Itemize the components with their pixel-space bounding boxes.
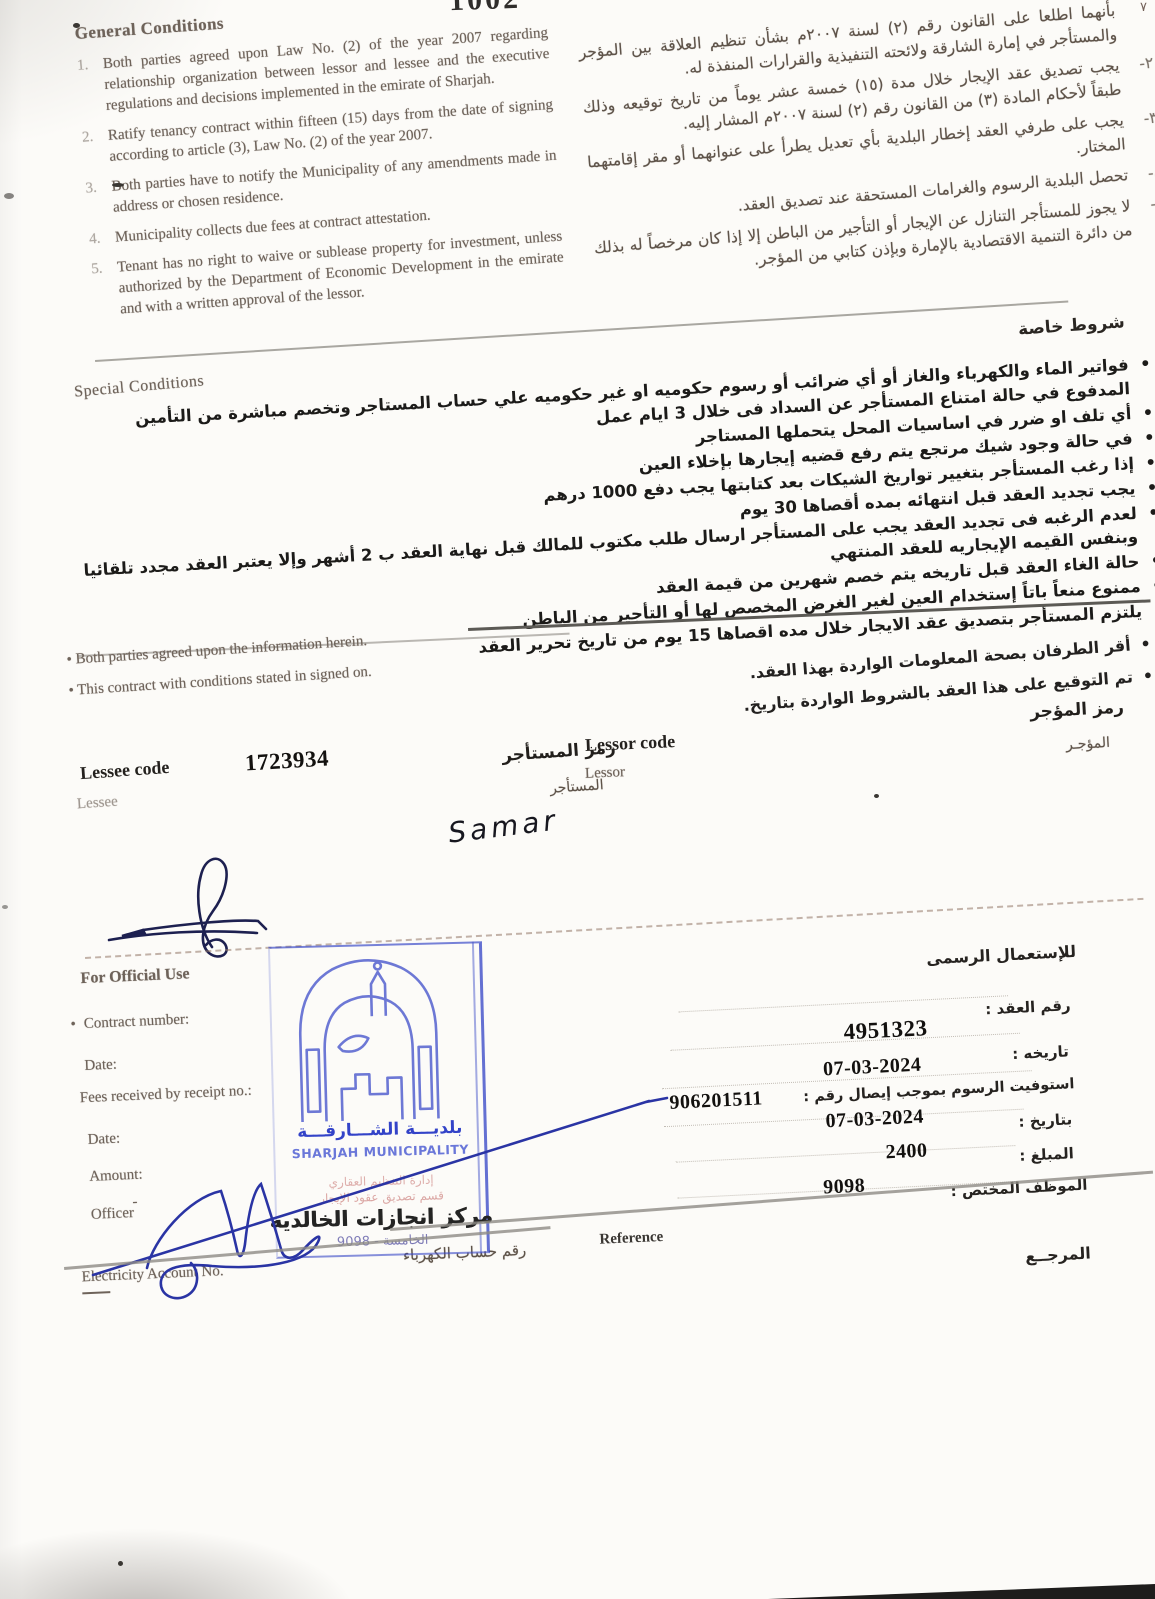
bullet-icon (1140, 352, 1153, 400)
item-number: 3. (85, 177, 104, 220)
official-use-right-column: للإستعمال الرسمى رقم العقد : 4951323 تار… (601, 930, 1155, 1307)
bullet-icon (1151, 549, 1155, 573)
receipt-label-en: Fees received by receipt no.: (79, 1083, 252, 1107)
item-number: 5. (91, 258, 111, 322)
official-use-heading-ar: للإستعمال الرسمى (926, 942, 1076, 968)
item-number: 4. (88, 228, 105, 250)
scan-edge-shadow (768, 1584, 1155, 1599)
date-label-en: Date: (87, 1131, 120, 1149)
amount-label-ar: المبلغ : (1019, 1144, 1074, 1165)
scan-speck (112, 183, 124, 187)
contract-number-label-ar: رقم العقد : (985, 996, 1071, 1018)
label-text: Contract number: (84, 1011, 190, 1032)
contract-date-label-ar: تاريخه : (1012, 1042, 1069, 1063)
item-number (1122, 0, 1152, 46)
item-number: ٥- (1137, 192, 1155, 242)
scan-speck (118, 1561, 123, 1566)
contract-number-value: 4951323 (843, 1015, 928, 1045)
item-number: ٢- (1126, 51, 1155, 101)
date-label-en: Date: (84, 1057, 117, 1075)
item-number: ٤- (1135, 161, 1155, 187)
municipality-stamp: بلديـــة الشـــارقـــة SHARJAH MUNICIPAL… (268, 941, 490, 1258)
declaration-text: This contract with conditions stated in … (77, 664, 372, 698)
contract-date-value: 07-03-2024 (823, 1054, 922, 1082)
amount-value: 2400 (885, 1139, 928, 1164)
scan-speck (2, 905, 8, 909)
lessee-code-label-en: Lessee code (79, 757, 170, 784)
scan-speck (4, 193, 14, 199)
item-number: 1. (76, 55, 96, 119)
reference-label-ar: المرجــع (1025, 1244, 1091, 1266)
lessor-label-ar: المؤجـر (1066, 735, 1111, 753)
lessee-code-label-ar: رمز المستأجر (501, 738, 616, 766)
bullet-icon (1145, 451, 1155, 475)
receipt-label-ar: استوفيت الرسوم بموجب إيصال رقم : (803, 1076, 1075, 1105)
bullet-icon (1147, 475, 1155, 499)
item-number: ٣- (1131, 106, 1155, 156)
official-use-heading-en: For Official Use (80, 965, 190, 988)
general-conditions-en: General Conditions 1. Both parties agree… (74, 0, 566, 331)
lessor-signature-handwriting: Samar (446, 803, 560, 849)
mosque-arch-icon (286, 948, 450, 1124)
scanned-contract-page: 1002 ٧ General Conditions 1. Both partie… (0, 0, 1155, 1599)
declarations-ar: أقر الطرفان بصحة المعلومات الواردة بهذا … (629, 634, 1154, 736)
lessor-code-label-ar: رمز المؤجر (1030, 698, 1125, 723)
receipt-date-label-ar: بتاريخ : (1018, 1110, 1073, 1131)
scan-speck (874, 794, 879, 798)
item-number: 2. (81, 126, 100, 169)
amount-label-en: Amount: (89, 1167, 143, 1186)
officer-label-en: Officer (91, 1205, 135, 1224)
contract-number-label-en: •Contract number: (70, 1011, 189, 1033)
lessee-label-en: Lessee (76, 794, 118, 814)
receipt-number-value: 906201511 (669, 1087, 763, 1115)
special-conditions-heading-en: Special Conditions (73, 372, 204, 401)
special-conditions-heading-ar: شروط خاصة (1017, 312, 1125, 339)
bullet-icon (1148, 500, 1155, 548)
scan-speck (73, 23, 80, 28)
special-conditions-list: فواتير الماء والكهرباء والغاز أو أي ضرائ… (66, 352, 1155, 682)
bullet-icon (1144, 426, 1155, 450)
general-conditions-ar: بأنهما اطلعا على القانون رقم (٢) لسنة ٢٠… (578, 0, 1155, 291)
bullet-icon (1143, 401, 1154, 425)
lessee-code-value: 1723934 (244, 745, 329, 776)
receipt-date-value: 07-03-2024 (825, 1106, 924, 1134)
lessee-label-ar: المستأجر (550, 777, 605, 797)
electricity-underline (82, 1291, 110, 1294)
